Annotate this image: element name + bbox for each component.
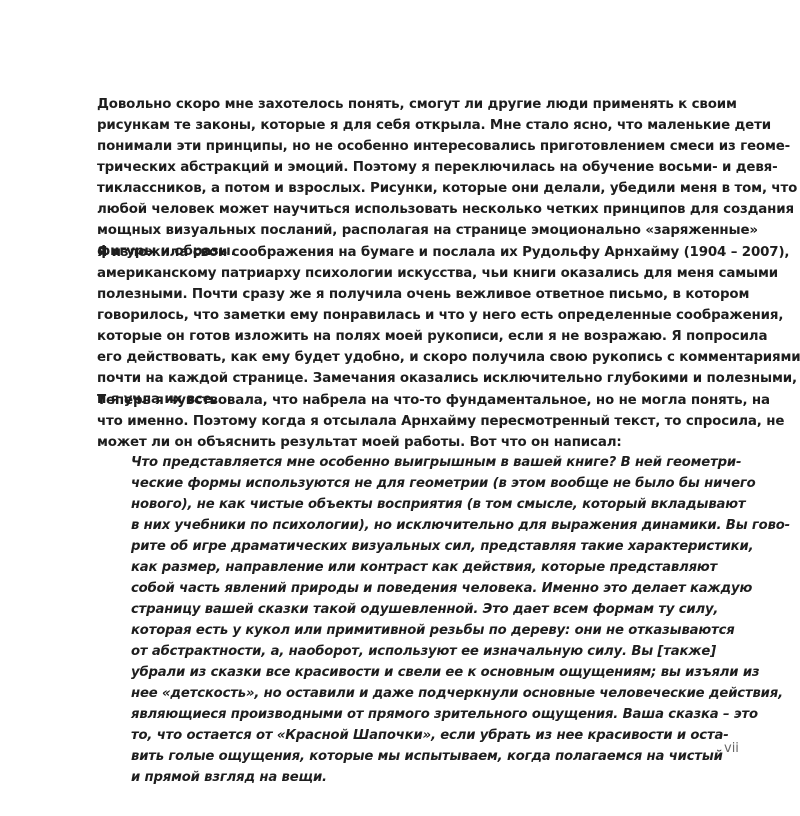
- text-line: понимали эти принципы, но не особенно ин…: [97, 136, 737, 157]
- quote-line: ческие формы используются не для геометр…: [131, 473, 731, 494]
- paragraph-2: Я изложила свои соображения на бумаге и …: [97, 242, 737, 410]
- quote-line: которая есть у кукол или примитивной рез…: [131, 620, 731, 641]
- text-line: любой человек может научиться использова…: [97, 199, 737, 220]
- quote-line: являющиеся производными от прямого зрите…: [131, 704, 731, 725]
- text-line: Теперь я чувствовала, что набрела на что…: [97, 390, 737, 411]
- quote-line: от абстрактности, а, наоборот, использую…: [131, 641, 731, 662]
- quote-line: нового), не как чистые объекты восприяти…: [131, 494, 731, 515]
- text-line: рисункам те законы, которые я для себя о…: [97, 115, 737, 136]
- text-line: почти на каждой странице. Замечания оказ…: [97, 368, 737, 389]
- paragraph-1: Довольно скоро мне захотелось понять, см…: [97, 94, 737, 262]
- quote-line: и прямой взгляд на вещи.: [131, 767, 731, 788]
- text-line: Я изложила свои соображения на бумаге и …: [97, 242, 737, 263]
- text-line: полезными. Почти сразу же я получила оче…: [97, 284, 737, 305]
- quote-line: страницу вашей сказки такой одушевленной…: [131, 599, 731, 620]
- quote-line: вить голые ощущения, которые мы испытыва…: [131, 746, 731, 767]
- text-line: его действовать, как ему будет удобно, и…: [97, 347, 737, 368]
- text-line: может ли он объяснить результат моей раб…: [97, 432, 737, 453]
- quote-line: то, что остается от «Красной Шапочки», е…: [131, 725, 731, 746]
- text-line: мощных визуальных посланий, располагая н…: [97, 220, 737, 241]
- book-page: Довольно скоро мне захотелось понять, см…: [0, 0, 800, 816]
- quote-line: собой часть явлений природы и поведения …: [131, 578, 731, 599]
- text-line: трических абстракций и эмоций. Поэтому я…: [97, 157, 737, 178]
- text-line: тиклассников, а потом и взрослых. Рисунк…: [97, 178, 737, 199]
- block-quote: Что представляется мне особенно выигрышн…: [131, 452, 731, 788]
- quote-line: в них учебники по психологии), но исключ…: [131, 515, 731, 536]
- quote-line: рите об игре драматических визуальных си…: [131, 536, 731, 557]
- quote-line: Что представляется мне особенно выигрышн…: [131, 452, 731, 473]
- text-line: что именно. Поэтому когда я отсылала Арн…: [97, 411, 737, 432]
- paragraph-3: Теперь я чувствовала, что набрела на что…: [97, 390, 737, 453]
- quote-line: убрали из сказки все красивости и свели …: [131, 662, 731, 683]
- quote-line: нее «детскость», но оставили и даже подч…: [131, 683, 731, 704]
- text-line: Довольно скоро мне захотелось понять, см…: [97, 94, 737, 115]
- text-line: американскому патриарху психологии искус…: [97, 263, 737, 284]
- text-line: которые он готов изложить на полях моей …: [97, 326, 737, 347]
- text-line: говорилось, что заметки ему понравилась …: [97, 305, 737, 326]
- quote-line: как размер, направление или контраст как…: [131, 557, 731, 578]
- page-number: vii: [724, 741, 739, 756]
